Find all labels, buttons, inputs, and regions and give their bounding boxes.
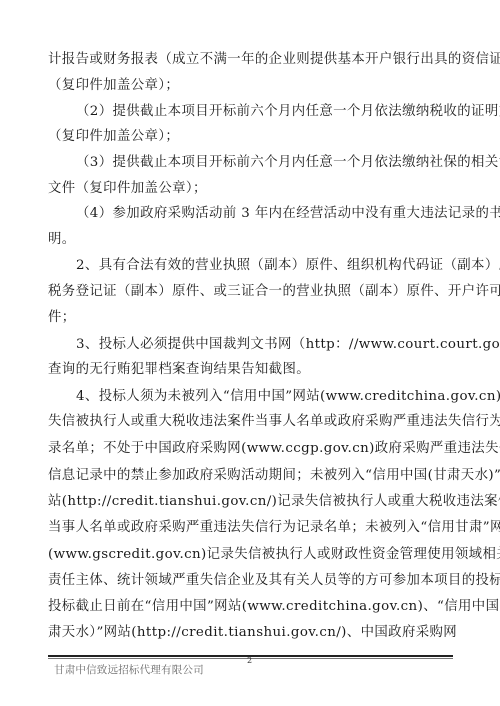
text-line: (www.gscredit.gov.cn)记录失信被执行人或财政性资金管理使用领… — [48, 545, 452, 565]
text-line: 2、具有合法有效的营业执照（副本）原件、组织机构代码证（副本）原件、 — [48, 256, 452, 276]
text-line: 查询的无行贿犯罪档案查询结果告知截图。 — [48, 360, 452, 380]
page-number: 2 — [247, 656, 252, 666]
document-page: 计报告或财务报表（成立不满一年的企业则提供基本开户银行出具的资信证明） （复印件… — [0, 0, 500, 706]
text-line: 当事人名单或政府采购严重违法失信行为记录名单；未被列入“信用甘肃”网站 — [48, 518, 452, 538]
text-line: 4、投标人须为未被列入“信用中国”网站(www.creditchina.gov.… — [48, 387, 452, 407]
text-line: 税务登记证（副本）原件、或三证合一的营业执照（副本）原件、开户许可证原 — [48, 282, 452, 302]
text-line: （4）参加政府采购活动前 3 年内在经营活动中没有重大违法记录的书面声 — [48, 204, 452, 224]
footer-company-name: 甘肃中信致远招标代理有限公司 — [54, 664, 204, 676]
text-line: 失信被执行人或重大税收违法案件当事人名单或政府采购严重违法失信行为记 — [48, 412, 452, 432]
text-line: （复印件加盖公章）； — [48, 127, 452, 147]
text-line: 文件（复印件加盖公章）； — [48, 179, 452, 199]
text-line: 站(http://credit.tianshui.gov.cn/)记录失信被执行… — [48, 492, 452, 512]
text-line: 投标截止日前在“信用中国”网站(www.creditchina.gov.cn)、… — [48, 597, 452, 617]
text-line: 录名单；不处于中国政府采购网(www.ccgp.gov.cn)政府采购严重违法失… — [48, 439, 452, 459]
text-line: （复印件加盖公章）； — [48, 76, 452, 96]
text-line: 肃天水）”网站(http://credit.tianshui.gov.cn/)、… — [48, 623, 452, 643]
text-line: 计报告或财务报表（成立不满一年的企业则提供基本开户银行出具的资信证明） — [48, 50, 452, 70]
text-line: 责任主体、统计领域严重失信企业及其有关人员等的方可参加本项目的投标。(以 — [48, 571, 452, 591]
text-line: 明。 — [48, 230, 452, 250]
text-line: 信息记录中的禁止参加政府采购活动期间；未被列入“信用中国(甘肃天水)”网 — [48, 466, 452, 486]
text-line: 件； — [48, 308, 452, 328]
text-line: （2）提供截止本项目开标前六个月内任意一个月依法缴纳税收的证明文件 — [48, 102, 452, 122]
text-line: 3、投标人必须提供中国裁判文书网（http：//www.court.court.… — [48, 335, 452, 355]
text-line: （3）提供截止本项目开标前六个月内任意一个月依法缴纳社保的相关证明 — [48, 153, 452, 173]
